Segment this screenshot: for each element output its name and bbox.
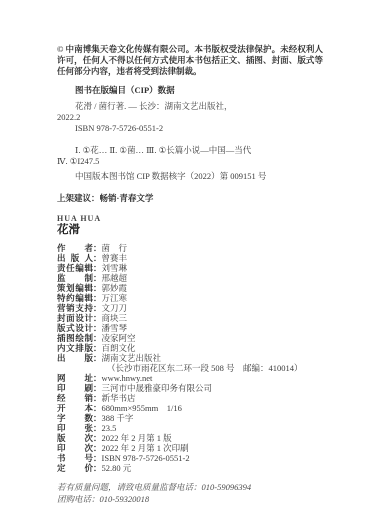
colophon-row: 开本：680mm×955mm 1/16 [57,403,325,413]
row-value: 湖南文艺出版社 [102,353,162,363]
colophon-row: 印刷：三河市中晟雅豪印务有限公司 [57,383,325,393]
cip-entry-line: 花滑 / 菌行著. — 长沙：湖南文艺出版社， [57,101,325,112]
colophon-row: 出版：湖南文艺出版社 （长沙市雨花区东二环一段 508 号 邮编：410014） [57,353,325,373]
row-colon: ： [93,373,102,383]
title-pinyin: HUA HUA [57,214,325,224]
quality-hotline: 若有质量问题，请致电质量监督电话：010-59096394 [57,481,325,493]
row-label: 出版 [57,353,93,363]
row-value: 郭妙霞 [102,283,128,293]
colophon-row: 印张：23.5 [57,423,325,433]
row-colon: ： [93,463,102,473]
colophon-row: 封面设计：商块三 [57,313,325,323]
row-label: 内文排版 [57,343,93,353]
row-label: 开本 [57,403,93,413]
colophon-row: 经销：新华书店 [57,393,325,403]
row-colon: ： [93,413,102,423]
row-colon: ： [93,253,102,263]
colophon-row: 作者：菌 行 [57,243,325,253]
row-value: 潘雪琴 [102,323,128,333]
row-value: 680mm×955mm 1/16 [102,403,182,413]
group-purchase-phone: 团购电话：010-59320018 [57,493,325,505]
row-colon: ： [93,443,102,453]
row-colon: ： [93,433,102,443]
row-colon: ： [93,343,102,353]
row-value: 刘雪琳 [102,263,128,273]
row-colon: ： [93,243,102,253]
row-colon: ： [93,313,102,323]
cip-class-line: Ⅳ. ①I247.5 [57,156,325,167]
colophon-row: 版式设计：潘雪琴 [57,323,325,333]
row-label: 网址 [57,373,93,383]
row-label: 定价 [57,463,93,473]
row-value: 388 千字 [102,413,134,423]
cip-heading: 图书在版编目（CIP）数据 [57,85,325,96]
row-value: 三河市中晟雅豪印务有限公司 [102,383,213,393]
row-value: 2022 年 2 月第 1 版 [102,433,172,443]
row-colon: ： [93,303,102,313]
colophon-row: 策划编辑：郭妙霞 [57,283,325,293]
cip-isbn: ISBN 978-7-5726-0551-2 [57,123,325,134]
row-label: 字数 [57,413,93,423]
row-label: 出版人 [57,253,93,263]
row-colon: ： [93,333,102,343]
row-sub-note: （长沙市雨花区东二环一段 508 号 邮编：410014） [57,363,325,373]
colophon-row: 字数：388 千字 [57,413,325,423]
colophon-row: 营销支持：文刀刀 [57,303,325,313]
book-title: 花滑 [57,224,325,237]
colophon-row: 插图绘制：凌家阿空 [57,333,325,343]
row-label: 印次 [57,443,93,453]
row-colon: ： [93,393,102,403]
row-label: 书号 [57,453,93,463]
row-colon: ： [93,273,102,283]
cip-record-number: 中国版本图书馆 CIP 数据核字（2022）第 009151 号 [57,171,325,182]
colophon-row: 监制：邢越超 [57,273,325,283]
row-value: 万江寒 [102,293,128,303]
row-value: ISBN 978-7-5726-0551-2 [102,453,190,463]
row-colon: ： [93,403,102,413]
colophon-row: 印次：2022 年 2 月第 1 次印刷 [57,443,325,453]
row-colon: ： [93,293,102,303]
row-label: 经销 [57,393,93,403]
row-label: 封面设计 [57,313,93,323]
row-colon: ： [93,283,102,293]
row-label: 责任编辑 [57,263,93,273]
row-value: 菌 行 [102,243,128,253]
row-label: 特约编辑 [57,293,93,303]
colophon-row: 出版人：曾赛丰 [57,253,325,263]
row-value: 新华书店 [102,393,136,403]
colophon-row: 书号：ISBN 978-7-5726-0551-2 [57,453,325,463]
row-label: 策划编辑 [57,283,93,293]
row-value: www.hnwy.net [102,373,153,383]
row-label: 版次 [57,433,93,443]
row-label: 印刷 [57,383,93,393]
cip-entry: 花滑 / 菌行著. — 长沙：湖南文艺出版社， 2022.2 ISBN 978-… [57,101,325,134]
row-value: 百朗文化 [102,343,136,353]
row-label: 版式设计 [57,323,93,333]
copyright-page: © 中南博集天卷文化传媒有限公司。本书版权受法律保护。未经权利人许可，任何人不得… [0,0,375,526]
row-label: 作者 [57,243,93,253]
copyright-notice: © 中南博集天卷文化传媒有限公司。本书版权受法律保护。未经权利人许可，任何人不得… [57,44,323,77]
row-colon: ： [93,383,102,393]
row-colon: ： [93,423,102,433]
colophon-row: 版次：2022 年 2 月第 1 版 [57,433,325,443]
row-value: 52.80 元 [102,463,132,473]
footer-notes: 若有质量问题，请致电质量监督电话：010-59096394 团购电话：010-5… [57,481,325,505]
colophon-row: 网址：www.hnwy.net [57,373,325,383]
cip-entry-line: 2022.2 [57,112,325,123]
row-value: 邢越超 [102,273,128,283]
row-label: 插图绘制 [57,333,93,343]
colophon-row: 特约编辑：万江寒 [57,293,325,303]
row-colon: ： [93,353,102,363]
row-value: 曾赛丰 [102,253,128,263]
row-colon: ： [93,453,102,463]
row-value: 文刀刀 [102,303,128,313]
row-value: 凌家阿空 [102,333,136,343]
colophon-row: 内文排版：百朗文化 [57,343,325,353]
colophon-row: 定价：52.80 元 [57,463,325,473]
row-label: 营销支持 [57,303,93,313]
cip-classification: Ⅰ. ①花… Ⅱ. ①菌… Ⅲ. ①长篇小说—中国—当代 Ⅳ. ①I247.5 [57,145,325,167]
colophon-row: 责任编辑：刘雪琳 [57,263,325,273]
cip-class-line: Ⅰ. ①花… Ⅱ. ①菌… Ⅲ. ①长篇小说—中国—当代 [57,145,325,156]
row-label: 印张 [57,423,93,433]
row-value: 2022 年 2 月第 1 次印刷 [102,443,189,453]
row-value: 商块三 [102,313,128,323]
colophon-table: 作者：菌 行 出版人：曾赛丰 责任编辑：刘雪琳 监制：邢越超 策划编辑：郭妙霞 [57,243,325,473]
row-colon: ： [93,263,102,273]
row-label: 监制 [57,273,93,283]
row-value: 23.5 [102,423,117,433]
row-colon: ： [93,323,102,333]
shelving-suggestion: 上架建议：畅销·青春文学 [57,193,325,204]
